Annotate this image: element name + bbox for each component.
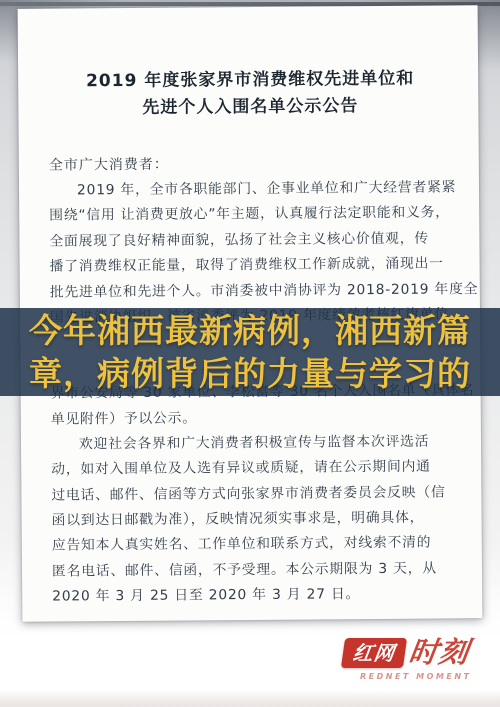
document-body-line: 过电话、邮件、信函等方式向张家界市消费者委员会反映（信	[51, 480, 455, 509]
document-body-line: 2020 年 3 月 25 日至 2020 年 3 月 27 日。	[52, 582, 456, 611]
headline-line-1: 今年湘西最新病例，湘西新篇	[29, 309, 471, 352]
document-body-line: 全面展现了良好精神面貌，弘扬了社会主义核心价值观，传	[49, 226, 453, 255]
document-body-line: 单见附件）予以公示。	[51, 404, 455, 433]
rednet-logo-primary-text: 红网	[352, 643, 397, 663]
document-body-line: 动，如对入围单位及人选有异议或质疑，请在公示期间内通	[51, 455, 455, 484]
headline-overlay-band: 今年湘西最新病例，湘西新篇 章，病例背后的力量与学习的	[0, 308, 500, 396]
rednet-logo: 红网 时刻 REDNET MOMENT	[343, 632, 488, 692]
document-body-line: 欢迎社会各界和广大消费者积极宣传与监督本次评选活	[51, 429, 455, 458]
document-body-line: 批先进单位和先进个人。市消委被中消协评为 2018-2019 年度全	[50, 277, 454, 306]
document-body-line: 函以到达日邮戳为准），反映情况须实事求是，明确具体，	[52, 505, 456, 534]
rednet-logo-tagline: REDNET MOMENT	[360, 672, 472, 681]
rednet-logo-red-box: 红网	[341, 638, 407, 668]
document-title-line-2: 先进个人入围名单公示公告	[48, 92, 452, 122]
document-body-line: 应告知本人真实姓名、工作单位和联系方式，对线索不清的	[52, 531, 456, 560]
document-salutation: 全市广大消费者：	[49, 149, 453, 178]
headline-line-2: 章，病例背后的力量与学习的	[29, 352, 471, 395]
document-body-line: 播了消费维权正能量，取得了消费维权工作新成就，涌现出一	[50, 252, 454, 281]
document-title-line-1: 2019 年度张家界市消费维权先进单位和	[48, 65, 452, 95]
article-thumbnail: 2019 年度张家界市消费维权先进单位和 先进个人入围名单公示公告 全市广大消费…	[0, 0, 500, 707]
rednet-logo-secondary-text: 时刻	[406, 632, 484, 672]
document-body-line: 围绕“信用 让消费更放心”年主题，认真履行法定职能和义务，	[49, 201, 453, 230]
document-body-line: 2019 年，全市各职能部门、企事业单位和广大经营者紧紧	[49, 175, 453, 204]
document-body-line: 匿名电话、邮件、信函，不予受理。本公示期限为 3 天，从	[52, 556, 456, 585]
